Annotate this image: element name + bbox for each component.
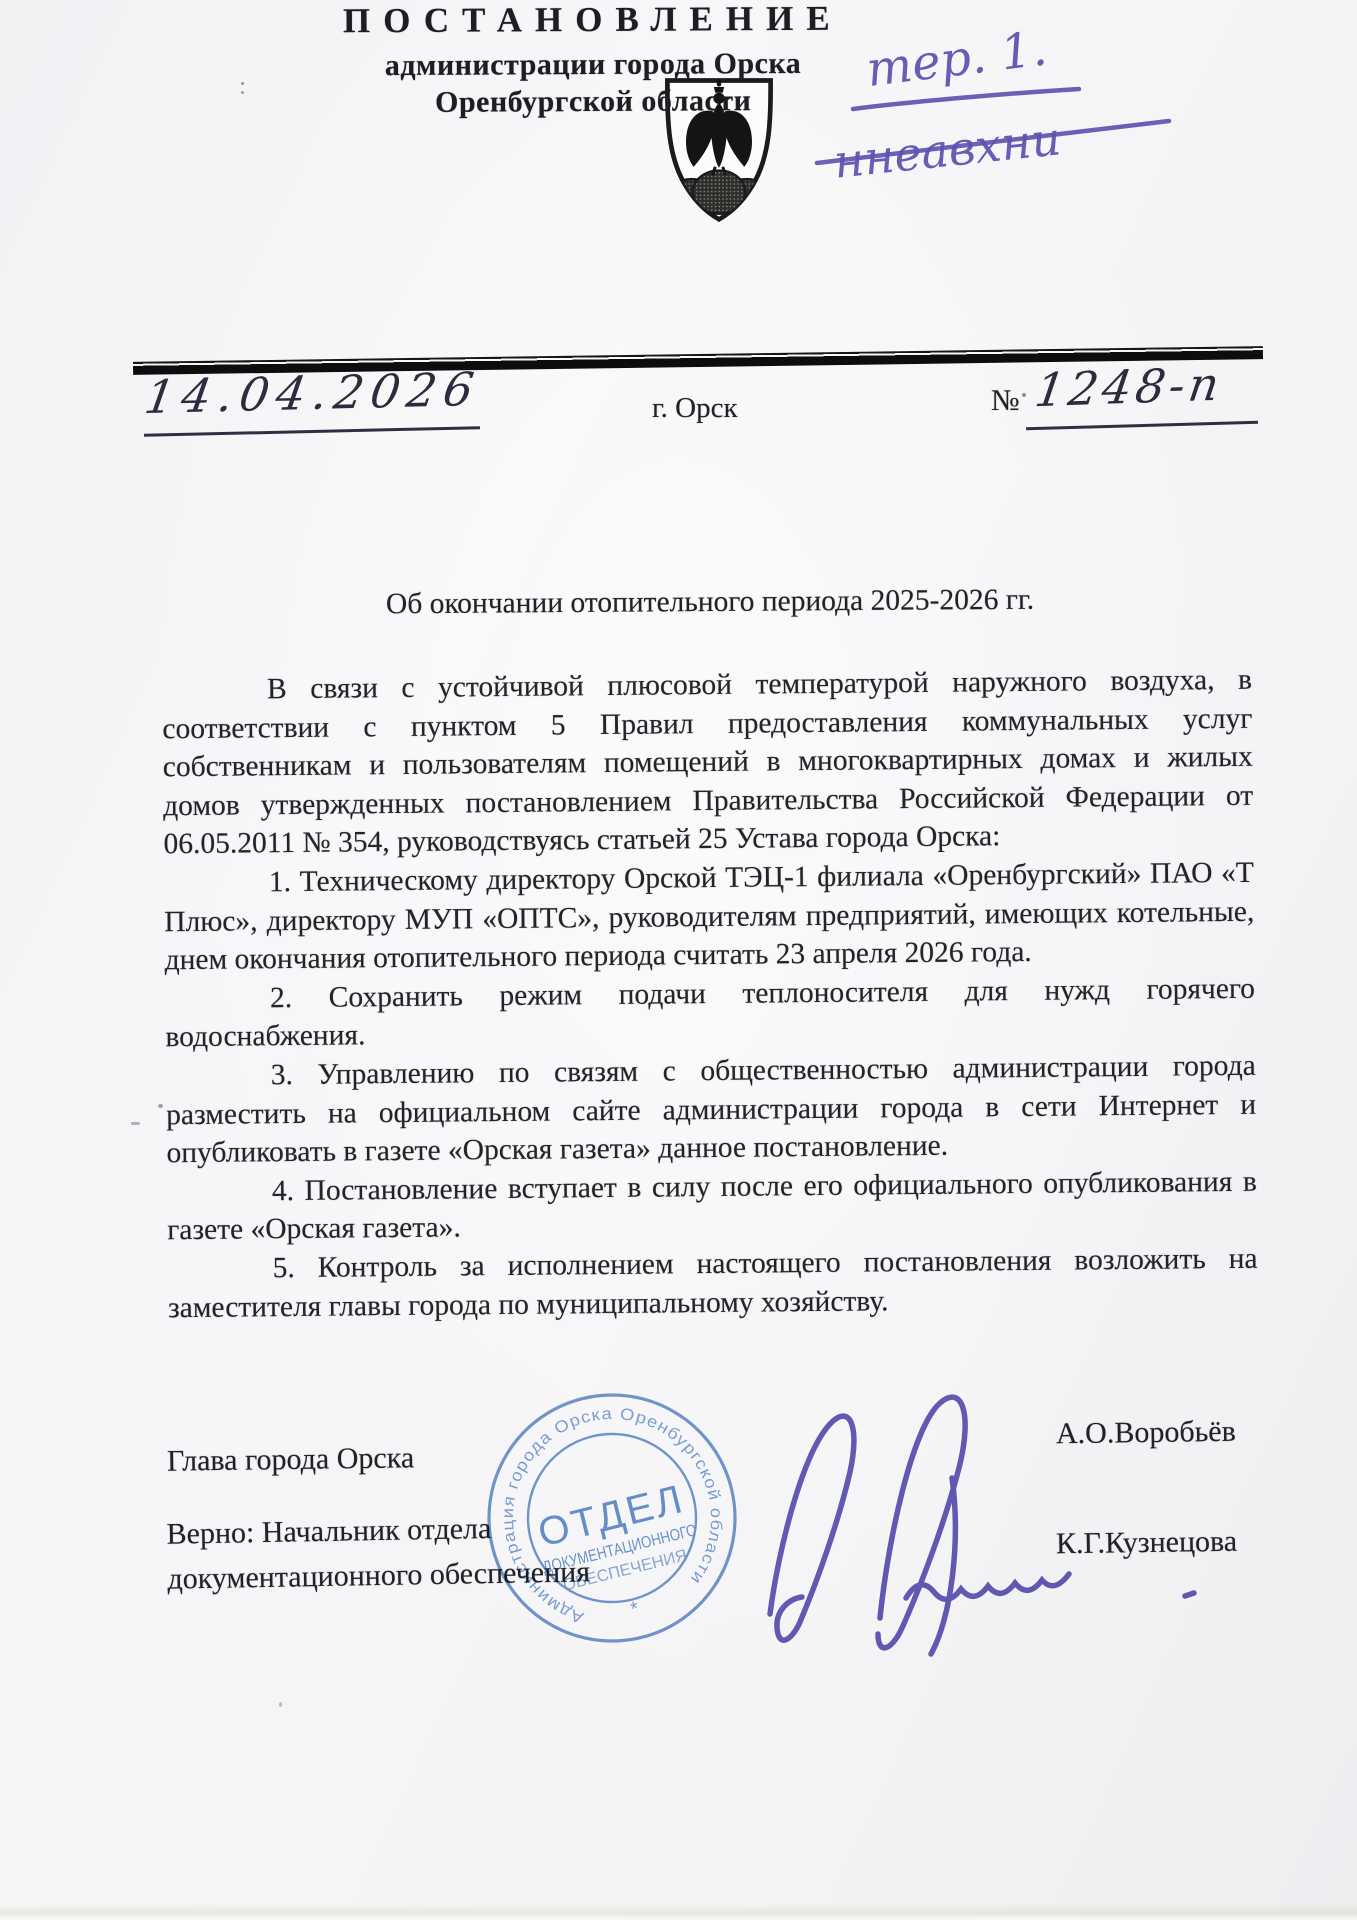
stamp-star-icon: * — [628, 1598, 641, 1621]
handwritten-date: 14.04.2026 — [141, 362, 484, 424]
date-underline — [144, 426, 480, 437]
paragraph-preamble: В связи с устойчивой плюсовой температур… — [162, 661, 1254, 864]
signature-end-dot — [1185, 1593, 1194, 1596]
scan-speck — [279, 1702, 282, 1707]
handwritten-signature — [730, 1382, 1210, 1672]
number-sign-label: № — [991, 384, 1020, 418]
signature-stroke-3 — [931, 1478, 955, 1654]
document-page: ПОСТАНОВЛЕНИЕ администрации города Орска… — [0, 0, 1357, 1920]
paragraph-item-1: 1. Техническому директору Орской ТЭЦ-1 ф… — [164, 854, 1255, 980]
signature-stroke-1 — [770, 1416, 854, 1640]
paragraph-item-3: 3. Управлению по связям с общественность… — [166, 1047, 1257, 1173]
signature-stroke-2 — [878, 1397, 965, 1648]
handwritten-document-number: 1248-п — [1032, 357, 1227, 417]
paragraph-item-4: 4. Постановление вступает в силу после е… — [167, 1162, 1258, 1250]
paragraph-item-2: 2. Сохранить режим подачи теплоносителя … — [165, 970, 1256, 1058]
subject-line: Об окончании отопительного периода 2025-… — [165, 582, 1255, 623]
document-body: В связи с устойчивой плюсовой температур… — [162, 661, 1258, 1328]
signer-role-head: Глава города Орска — [167, 1441, 415, 1478]
annotation-line-1: тер. 1. — [863, 20, 1049, 98]
scan-speck — [158, 1104, 163, 1108]
scan-speck — [241, 82, 244, 85]
official-round-stamp: Администрация города Орска Оренбургской … — [454, 1360, 769, 1675]
scan-speck — [241, 91, 244, 94]
handwritten-annotation: тер. 1. ннеавхни — [795, 5, 1260, 180]
signature-stroke-4 — [906, 1574, 1069, 1599]
paragraph-item-5: 5. Контроль за исполнением настоящего по… — [167, 1240, 1258, 1328]
scan-speck — [1022, 393, 1026, 397]
number-underline — [1026, 421, 1258, 430]
place-label: г. Орск — [652, 392, 738, 425]
scan-speck — [131, 1122, 140, 1125]
